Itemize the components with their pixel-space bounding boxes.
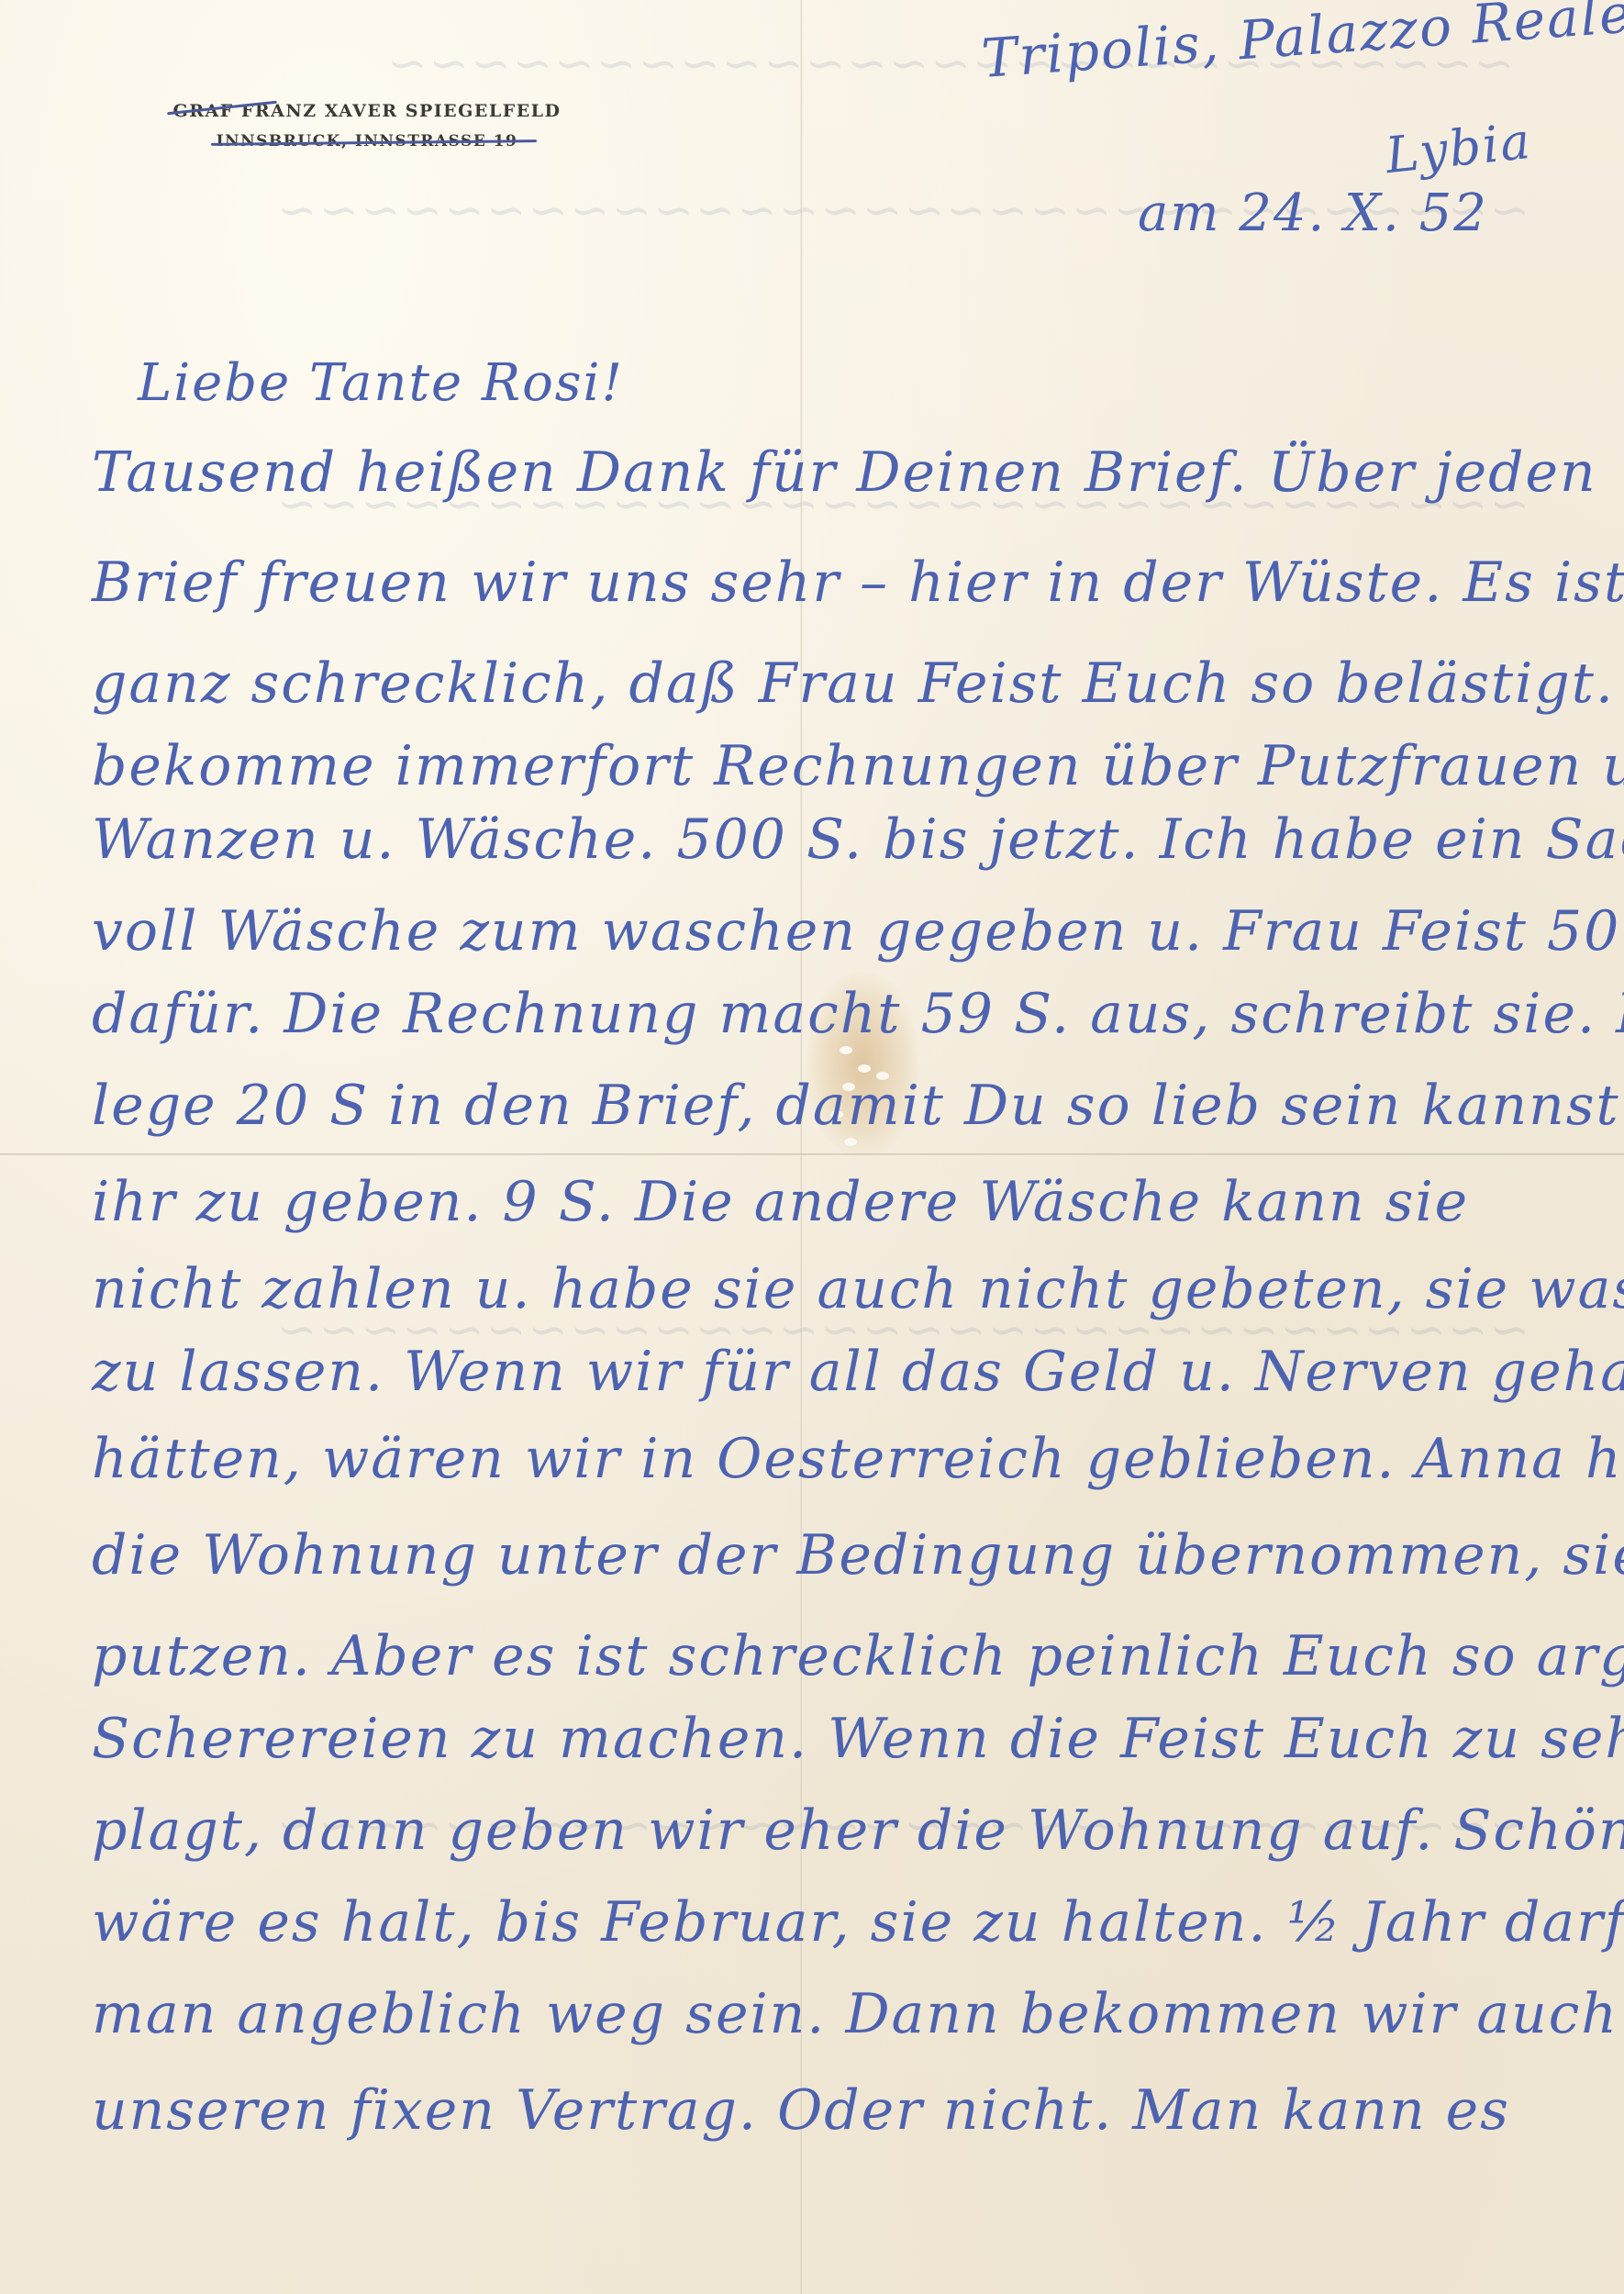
- stain-speck: [840, 1046, 852, 1054]
- body-line: Scherereien zu machen. Wenn die Feist Eu…: [92, 1707, 1624, 1771]
- letterhead-name: GRAF FRANZ XAVER SPIEGELFELD: [172, 101, 561, 121]
- body-line: putzen. Aber es ist schrecklich peinlich…: [92, 1624, 1624, 1688]
- salutation: Liebe Tante Rosi!: [138, 353, 624, 413]
- body-line: bekomme immerfort Rechnungen über Putzfr…: [92, 734, 1624, 798]
- body-line: hätten, wären wir in Oesterreich geblieb…: [92, 1427, 1624, 1491]
- body-line: Brief freuen wir uns sehr – hier in der …: [92, 551, 1624, 615]
- body-line: dafür. Die Rechnung macht 59 S. aus, sch…: [92, 982, 1624, 1046]
- body-line: voll Wäsche zum waschen gegeben u. Frau …: [92, 899, 1624, 963]
- letterhead: GRAF FRANZ XAVER SPIEGELFELD INNSBRUCK, …: [128, 101, 606, 150]
- body-line: ganz schrecklich, daß Frau Feist Euch so…: [92, 651, 1624, 716]
- body-line: plagt, dann geben wir eher die Wohnung a…: [92, 1798, 1624, 1863]
- stain-speck: [858, 1064, 871, 1073]
- body-line: unseren fixen Vertrag. Oder nicht. Man k…: [92, 2078, 1510, 2143]
- stain-speck: [844, 1138, 857, 1146]
- body-line: die Wohnung unter der Bedingung übernomm…: [92, 1523, 1624, 1587]
- body-line: Wanzen u. Wäsche. 500 S. bis jetzt. Ich …: [92, 807, 1624, 872]
- body-line: ihr zu geben. 9 S. Die andere Wäsche kan…: [92, 1170, 1469, 1234]
- body-line: man angeblich weg sein. Dann bekommen wi…: [92, 1982, 1618, 2046]
- body-line: Tausend heißen Dank für Deinen Brief. Üb…: [92, 440, 1597, 505]
- letter-date: am 24. X. 52: [1138, 184, 1488, 243]
- letterhead-address: INNSBRUCK, INNSTRASSE 19: [217, 132, 518, 150]
- horizontal-fold-crease: [0, 1153, 1624, 1156]
- body-line: zu lassen. Wenn wir für all das Geld u. …: [92, 1340, 1624, 1404]
- body-line: lege 20 S in den Brief, damit Du so lieb…: [92, 1074, 1620, 1138]
- body-line: nicht zahlen u. habe sie auch nicht gebe…: [92, 1257, 1624, 1321]
- body-line: wäre es halt, bis Februar, sie zu halten…: [92, 1890, 1624, 1954]
